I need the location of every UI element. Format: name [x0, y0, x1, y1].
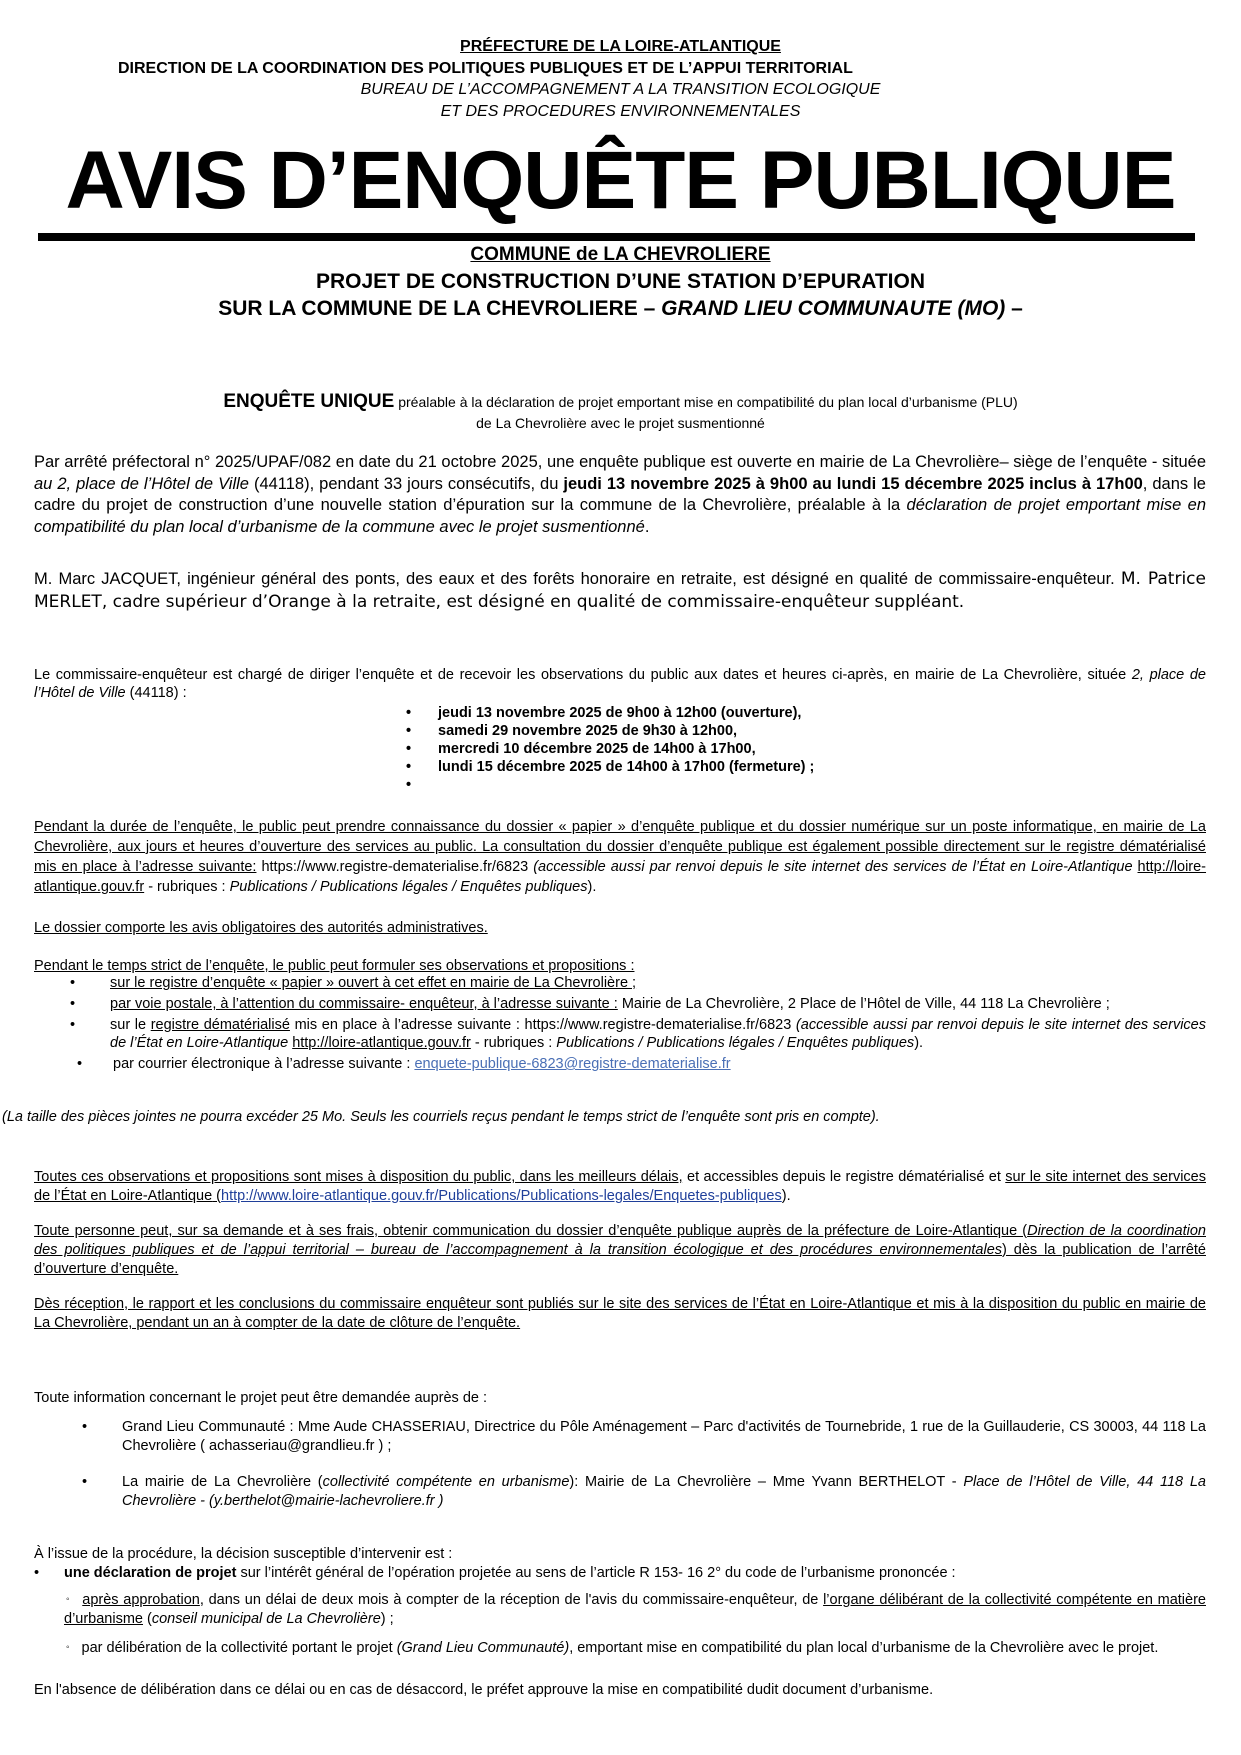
rapport-paragraph: Dès réception, le rapport et les conclus… — [34, 1295, 1206, 1333]
dossier-avis: Le dossier comporte les avis obligatoire… — [34, 918, 1206, 938]
registre-text: - rubriques : — [471, 1035, 556, 1051]
arrete-text: (44118), pendant 33 jours consécutifs, d… — [249, 475, 563, 493]
bullet-icon: • — [70, 1016, 75, 1034]
sub-bullet-icon: ◦ — [66, 1642, 70, 1653]
permanences-text: Le commissaire-enquêteur est chargé de d… — [34, 667, 1132, 683]
list-item: •La mairie de La Chevrolière (collectivi… — [34, 1473, 1206, 1511]
permanence-date: lundi 15 décembre 2025 de 14h00 à 17h00 … — [438, 759, 814, 775]
prefecture-heading: PRÉFECTURE DE LA LOIRE-ATLANTIQUE — [0, 38, 1241, 56]
list-item: •jeudi 13 novembre 2025 de 9h00 à 12h00 … — [404, 704, 814, 722]
grand-lieu-contact: Grand Lieu Communauté : Mme Aude CHASSER… — [122, 1419, 1206, 1454]
absence-paragraph: En l'absence de délibération dans ce dél… — [34, 1682, 1206, 1698]
bullet-icon: • — [406, 758, 411, 776]
list-item: •sur le registre dématérialisé mis en pl… — [34, 1016, 1206, 1052]
title-underline-bar — [38, 233, 1195, 241]
registre-text: ). — [914, 1035, 923, 1051]
bullet-icon: • — [82, 1418, 87, 1437]
bullet-icon: • — [406, 740, 411, 758]
enquetes-publiques-link[interactable]: http://www.loire-atlantique.gouv.fr/Publ… — [221, 1188, 782, 1204]
enquete-unique-line2: de La Chevrolière avec le projet susment… — [0, 415, 1241, 431]
bullet-icon: • — [70, 995, 75, 1013]
mise-disposition-text: ( — [212, 1188, 221, 1204]
decision-deliberation: ◦par délibération de la collectivité por… — [64, 1638, 1206, 1658]
permanence-date: mercredi 10 décembre 2025 de 14h00 à 17h… — [438, 741, 756, 757]
consultation-text: - rubriques : — [144, 879, 229, 895]
information-list: •Grand Lieu Communauté : Mme Aude CHASSE… — [34, 1418, 1206, 1528]
decision-approbation: ◦après approbation, dans un délai de deu… — [64, 1590, 1206, 1629]
permanences-intro: Le commissaire-enquêteur est chargé de d… — [34, 666, 1206, 702]
consultation-text: ). — [588, 879, 597, 895]
arrete-paragraph: Par arrêté préfectoral n° 2025/UPAF/082 … — [34, 452, 1206, 538]
project-heading-line2: SUR LA COMMUNE DE LA CHEVROLIERE – GRAND… — [0, 297, 1241, 321]
consultation-paragraph: Pendant la durée de l’enquête, le public… — [34, 817, 1206, 897]
observation-papier: sur le registre d’enquête « papier » ouv… — [110, 975, 636, 991]
approbation-text: , dans un délai de deux mois à compter d… — [200, 1592, 823, 1608]
list-item: •par courrier électronique à l’adresse s… — [34, 1055, 1206, 1073]
project-owner: GRAND LIEU COMMUNAUTE (MO) — [661, 297, 1005, 320]
rubriques-path: Publications / Publications légales / En… — [230, 879, 588, 895]
list-item: •samedi 29 novembre 2025 de 9h30 à 12h00… — [404, 722, 814, 740]
commissaires-paragraph: M. Marc JACQUET, ingénieur général des p… — [34, 568, 1206, 614]
arrete-text: . — [645, 518, 650, 536]
deliberation-text: par délibération de la collectivité port… — [82, 1640, 397, 1656]
enquete-unique-label: ENQUÊTE UNIQUE — [223, 391, 394, 412]
postal-address: Mairie de La Chevrolière, 2 Place de l’H… — [618, 996, 1110, 1012]
registre-url[interactable]: mis en place à l’adresse suivante : http… — [290, 1017, 796, 1033]
decision-intro: À l’issue de la procédure, la décision s… — [34, 1546, 1206, 1562]
enquete-unique-line1: ENQUÊTE UNIQUE préalable à la déclaratio… — [0, 391, 1241, 413]
commune-heading: COMMUNE de LA CHEVROLIERE — [0, 244, 1241, 266]
arrete-text: Par arrêté préfectoral n° 2025/UPAF/082 … — [34, 453, 1206, 471]
mairie-contact: La mairie de La Chevrolière ( — [122, 1474, 323, 1490]
mairie-contact: ): Mairie de La Chevrolière – Mme Yvann … — [569, 1474, 963, 1490]
project-heading-text: SUR LA COMMUNE DE LA CHEVROLIERE – — [218, 297, 661, 320]
mise-disposition-text: Toutes ces observations et propositions … — [34, 1169, 683, 1185]
observation-email: par courrier électronique à l’adresse su… — [113, 1056, 414, 1072]
registre-label: registre dématérialisé — [151, 1017, 290, 1033]
consultation-note: (accessible aussi par renvoi depuis le s… — [528, 859, 1137, 875]
mairie-role: collectivité compétente en urbanisme — [323, 1474, 570, 1490]
list-item: •lundi 15 décembre 2025 de 14h00 à 17h00… — [404, 758, 814, 776]
arrete-address: au 2, place de l’Hôtel de Ville — [34, 475, 249, 493]
sub-bullet-icon: ◦ — [66, 1594, 70, 1605]
communication-paragraph: Toute personne peut, sur sa demande et à… — [34, 1222, 1206, 1279]
list-item: •Grand Lieu Communauté : Mme Aude CHASSE… — [34, 1418, 1206, 1456]
observation-registre: sur le — [110, 1017, 151, 1033]
observations-list: •sur le registre d’enquête « papier » ou… — [34, 974, 1206, 1076]
attachments-note: (La taille des pièces jointes ne pourra … — [2, 1109, 880, 1125]
conseil-municipal: conseil municipal de La Chevrolière — [152, 1611, 381, 1627]
bureau-heading-line1: BUREAU DE L’ACCOMPAGNEMENT A LA TRANSITI… — [0, 81, 1241, 99]
declaration-rest: sur l’intérêt général de l’opération pro… — [236, 1565, 955, 1581]
mise-disposition-text: et accessibles depuis le registre dématé… — [683, 1169, 1006, 1185]
bureau-heading-line2: ET DES PROCEDURES ENVIRONNEMENTALES — [0, 103, 1241, 121]
public-notice-page: PRÉFECTURE DE LA LOIRE-ATLANTIQUE DIRECT… — [0, 0, 1241, 1755]
information-intro: Toute information concernant le projet p… — [34, 1390, 1206, 1406]
permanences-text: (44118) : — [126, 685, 187, 701]
arrete-dates: jeudi 13 novembre 2025 à 9h00 au lundi 1… — [563, 475, 1142, 493]
list-item: •par voie postale, à l’attention du comm… — [34, 995, 1206, 1013]
approbation-text: ( — [143, 1611, 152, 1627]
deliberation-text: , emportant mise en compatibilité du pla… — [569, 1640, 1158, 1656]
mise-disposition-paragraph: Toutes ces observations et propositions … — [34, 1168, 1206, 1206]
bullet-icon: • — [406, 722, 411, 740]
observations-intro: Pendant le temps strict de l’enquête, le… — [34, 957, 1206, 975]
permanences-list: •jeudi 13 novembre 2025 de 9h00 à 12h00 … — [404, 704, 814, 794]
bullet-icon: • — [34, 1565, 39, 1581]
loire-atlantique-link[interactable]: http://loire-atlantique.gouv.fr — [292, 1035, 471, 1051]
bullet-icon: • — [406, 704, 411, 722]
permanence-date: samedi 29 novembre 2025 de 9h30 à 12h00, — [438, 723, 737, 739]
direction-heading: DIRECTION DE LA COORDINATION DES POLITIQ… — [118, 60, 853, 78]
permanence-date: jeudi 13 novembre 2025 de 9h00 à 12h00 (… — [438, 705, 801, 721]
mise-disposition-text: ). — [782, 1188, 791, 1204]
list-item: •mercredi 10 décembre 2025 de 14h00 à 17… — [404, 740, 814, 758]
communication-text: Toute personne peut, sur sa demande et à… — [34, 1223, 1027, 1239]
registre-url[interactable]: https://www.registre-dematerialise.fr/68… — [256, 859, 528, 875]
list-item: •sur le registre d’enquête « papier » ou… — [34, 974, 1206, 992]
commissaire-titulaire: M. Marc JACQUET, ingénieur général des p… — [34, 570, 1121, 588]
mairie-email: y.berthelot@mairie-lachevroliere.fr ) — [214, 1493, 444, 1509]
rubriques-path: Publications / Publications légales / En… — [556, 1035, 914, 1051]
project-heading-line1: PROJET DE CONSTRUCTION D’UNE STATION D’E… — [0, 270, 1241, 294]
project-heading-dash: – — [1005, 297, 1023, 320]
enquete-email-link[interactable]: enquete-publique-6823@registre-demateria… — [414, 1056, 730, 1072]
declaration-text: une déclaration de projet sur l’intérêt … — [64, 1565, 956, 1581]
approbation-label: après approbation — [82, 1592, 200, 1608]
declaration-label: une déclaration de projet — [64, 1565, 236, 1581]
list-item: • — [404, 776, 814, 794]
enquete-unique-text: préalable à la déclaration de projet emp… — [394, 394, 1017, 410]
bullet-icon: • — [406, 776, 411, 794]
approbation-text: ) ; — [381, 1611, 394, 1627]
bullet-icon: • — [82, 1473, 87, 1492]
bullet-icon: • — [70, 974, 75, 992]
bullet-icon: • — [77, 1055, 82, 1073]
porteur-projet: (Grand Lieu Communauté) — [397, 1640, 569, 1656]
page-title: AVIS D’ENQUÊTE PUBLIQUE — [0, 140, 1241, 222]
observation-postale: par voie postale, à l’attention du commi… — [110, 996, 618, 1012]
